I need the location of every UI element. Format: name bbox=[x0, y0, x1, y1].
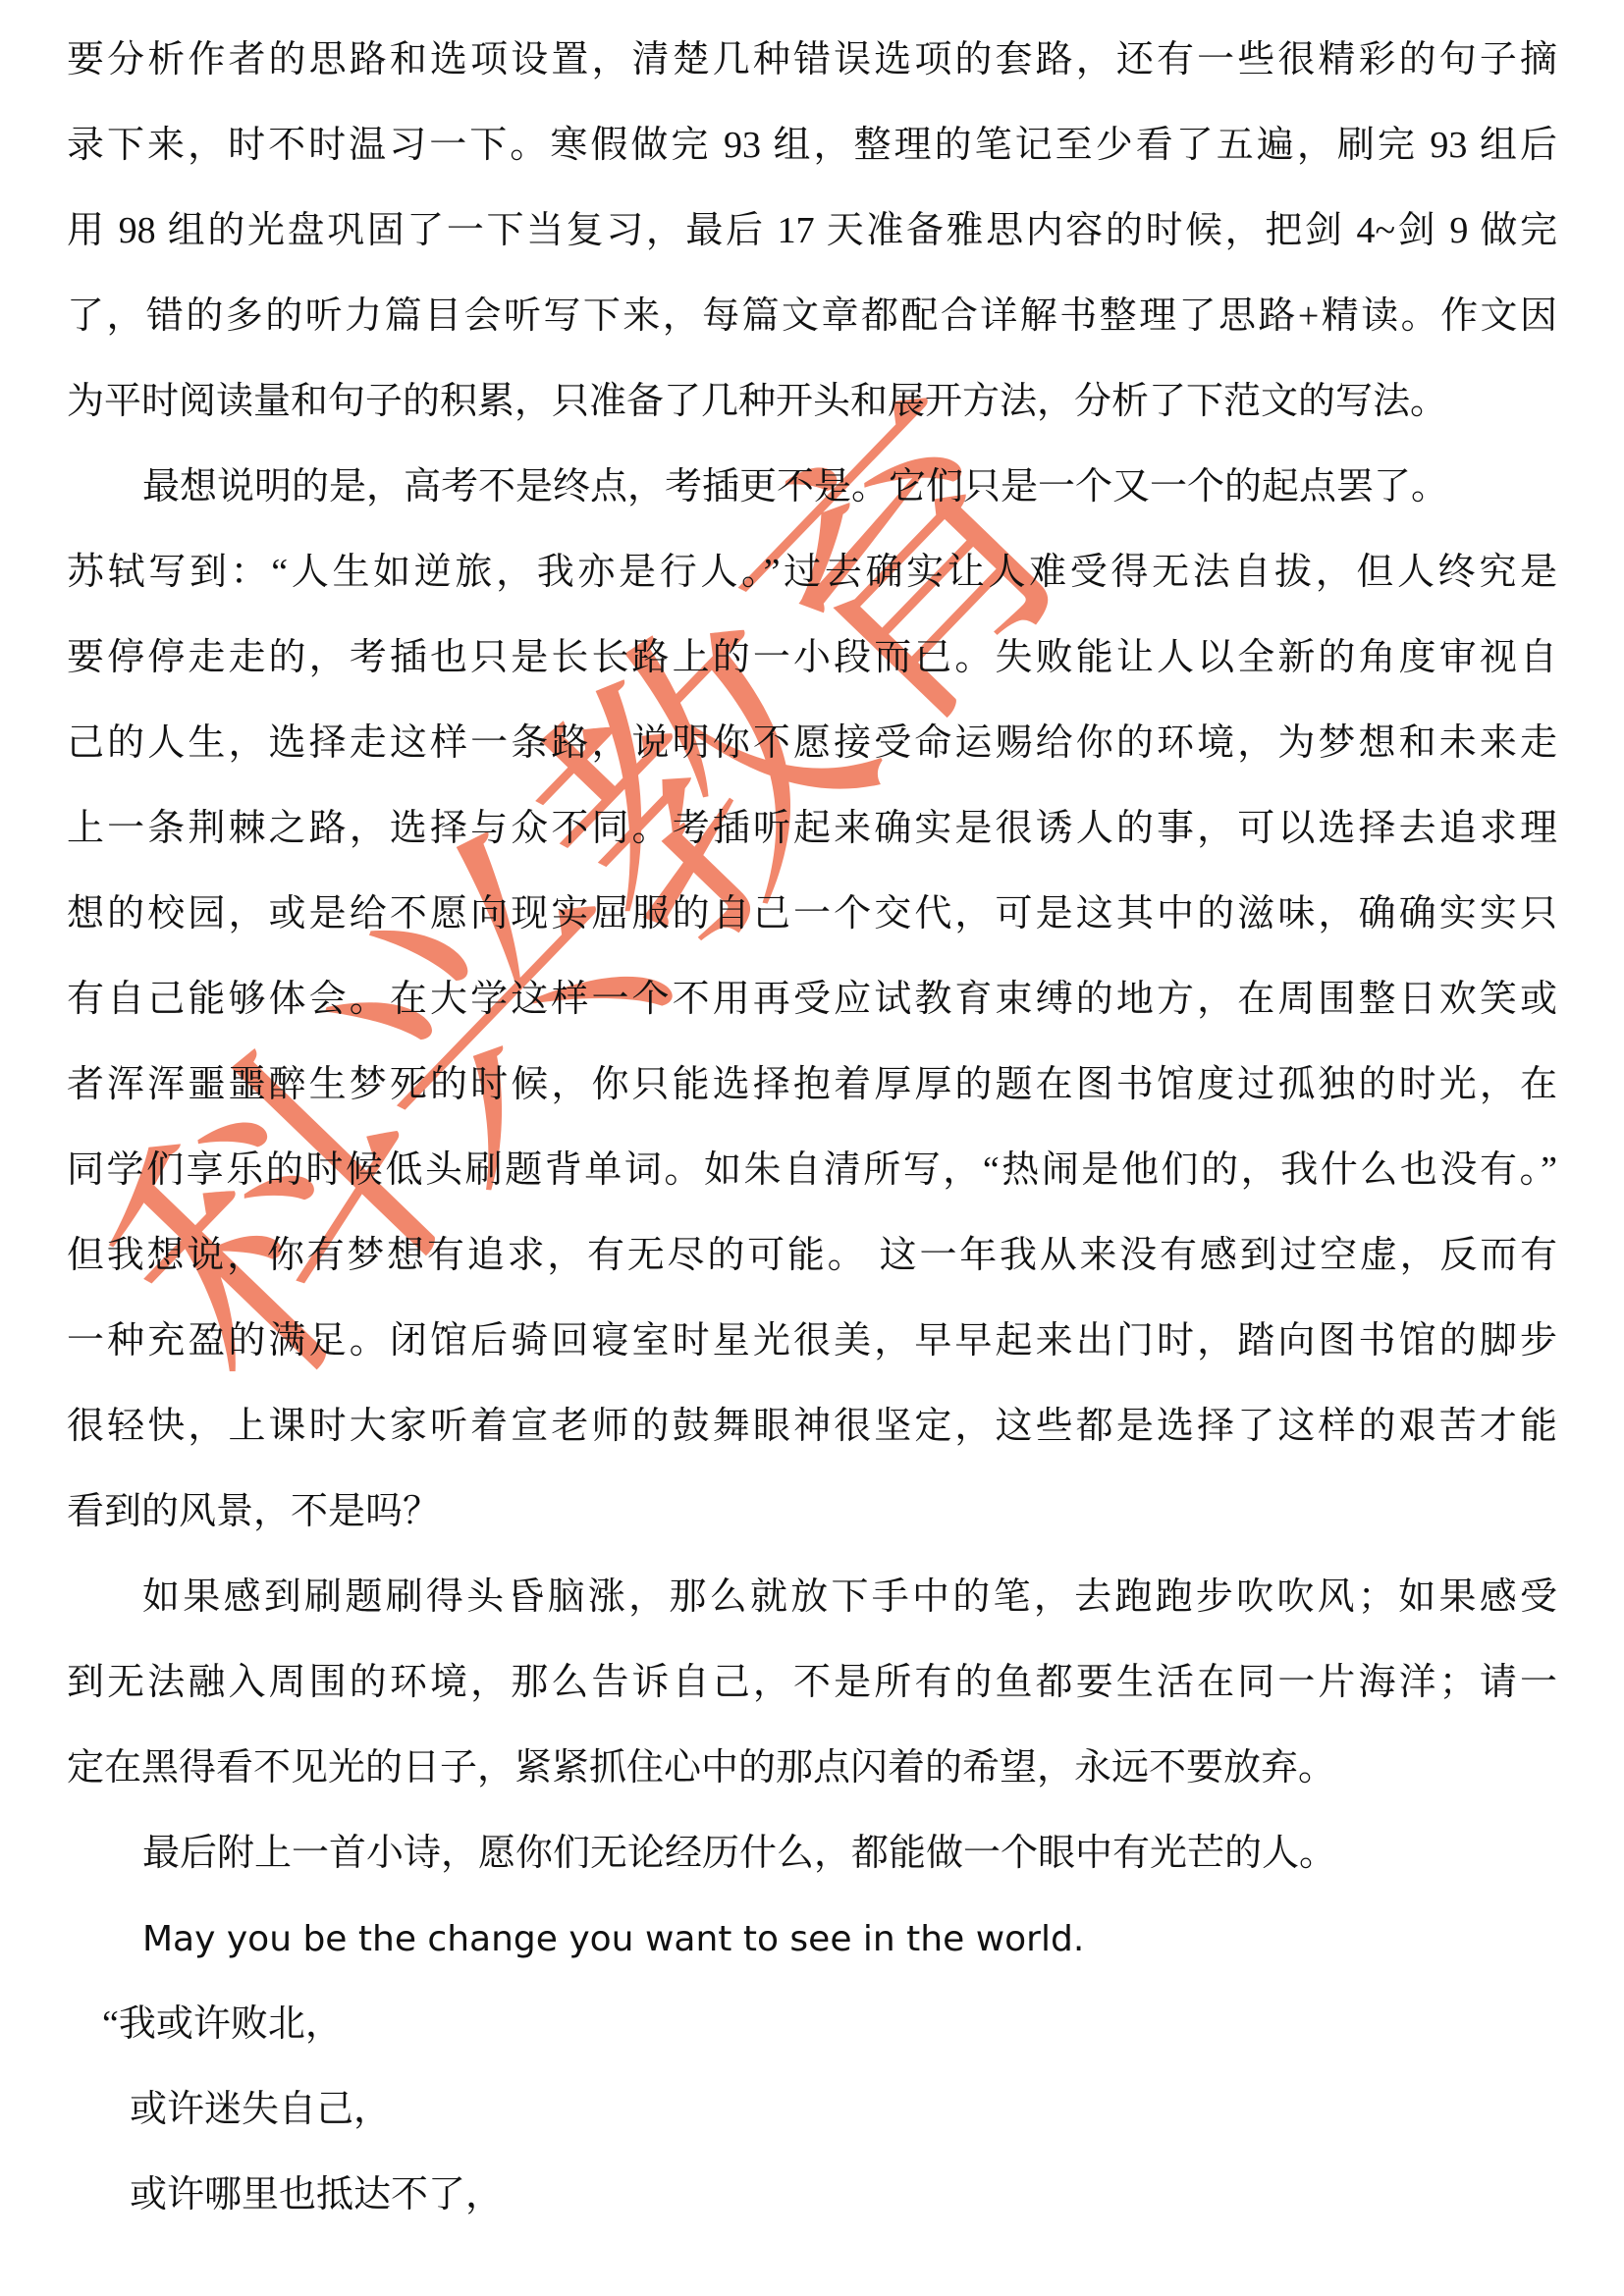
text-line: 有自己能够体会。在大学这样一个不用再受应试教育束缚的地方，在周围整日欢笑或 bbox=[67, 957, 1557, 1042]
text-line: 看到的风景，不是吗？ bbox=[67, 1469, 1557, 1555]
text-line: 但我想说，你有梦想有追求，有无尽的可能。 这一年我从来没有感到过空虚，反而有 bbox=[67, 1213, 1557, 1299]
paragraph: 最想说明的是，高考不是终点，考插更不是。它们只是一个又一个的起点罢了。 苏轼写到… bbox=[67, 445, 1557, 1555]
paragraph: 或许迷失自己， bbox=[67, 2067, 1557, 2153]
text-line: 苏轼写到：“人生如逆旅，我亦是行人。”过去确实让人难受得无法自拔，但人终究是 bbox=[67, 530, 1557, 615]
text-line: 很轻快，上课时大家听着宣老师的鼓舞眼神很坚定，这些都是选择了这样的艰苦才能 bbox=[67, 1384, 1557, 1469]
text-line: 己的人生，选择走这样一条路，说明你不愿接受命运赐给你的环境，为梦想和未来走 bbox=[67, 701, 1557, 786]
document-page: 科兴教育 要分析作者的思路和选项设置，清楚几种错误选项的套路，还有一些很精彩的句… bbox=[0, 0, 1624, 2296]
text-line: 用 98 组的光盘巩固了一下当复习，最后 17 天准备雅思内容的时候，把剑 4~… bbox=[67, 188, 1557, 274]
text-line: 录下来，时不时温习一下。寒假做完 93 组，整理的笔记至少看了五遍，刷完 93 … bbox=[67, 103, 1557, 188]
text-line: “我或许败北， bbox=[67, 1982, 1557, 2067]
text-line: 或许迷失自己， bbox=[67, 2067, 1557, 2153]
text-line: 了，错的多的听力篇目会听写下来，每篇文章都配合详解书整理了思路+精读。作文因 bbox=[67, 274, 1557, 359]
text-line: 如果感到刷题刷得头昏脑涨，那么就放下手中的笔，去跑跑步吹吹风；如果感受 bbox=[67, 1555, 1557, 1640]
text-line: 最想说明的是，高考不是终点，考插更不是。它们只是一个又一个的起点罢了。 bbox=[67, 445, 1557, 530]
text-line: 为平时阅读量和句子的积累，只准备了几种开头和展开方法，分析了下范文的写法。 bbox=[67, 359, 1557, 445]
paragraph: May you be the change you want to see in… bbox=[67, 1896, 1557, 1982]
paragraph: 如果感到刷题刷得头昏脑涨，那么就放下手中的笔，去跑跑步吹吹风；如果感受 到无法融… bbox=[67, 1555, 1557, 1811]
text-line-english: May you be the change you want to see in… bbox=[67, 1896, 1557, 1982]
text-line: 想的校园，或是给不愿向现实屈服的自己一个交代，可是这其中的滋味，确确实实只 bbox=[67, 872, 1557, 957]
document-content: 要分析作者的思路和选项设置，清楚几种错误选项的套路，还有一些很精彩的句子摘 录下… bbox=[67, 18, 1557, 2238]
text-line: 一种充盈的满足。闭馆后骑回寝室时星光很美，早早起来出门时，踏向图书馆的脚步 bbox=[67, 1299, 1557, 1384]
text-line: 最后附上一首小诗，愿你们无论经历什么，都能做一个眼中有光芒的人。 bbox=[67, 1811, 1557, 1896]
text-line: 定在黑得看不见光的日子，紧紧抓住心中的那点闪着的希望，永远不要放弃。 bbox=[67, 1726, 1557, 1811]
paragraph: “我或许败北， bbox=[67, 1982, 1557, 2067]
text-line: 同学们享乐的时候低头刷题背单词。如朱自清所写，“热闹是他们的，我什么也没有。” bbox=[67, 1128, 1557, 1213]
text-line: 要分析作者的思路和选项设置，清楚几种错误选项的套路，还有一些很精彩的句子摘 bbox=[67, 18, 1557, 103]
paragraph: 最后附上一首小诗，愿你们无论经历什么，都能做一个眼中有光芒的人。 bbox=[67, 1811, 1557, 1896]
paragraph: 或许哪里也抵达不了， bbox=[67, 2153, 1557, 2238]
text-line: 者浑浑噩噩醉生梦死的时候，你只能选择抱着厚厚的题在图书馆度过孤独的时光，在 bbox=[67, 1042, 1557, 1128]
text-line: 要停停走走的，考插也只是长长路上的一小段而已。失败能让人以全新的角度审视自 bbox=[67, 615, 1557, 701]
paragraph: 要分析作者的思路和选项设置，清楚几种错误选项的套路，还有一些很精彩的句子摘 录下… bbox=[67, 18, 1557, 445]
text-line: 或许哪里也抵达不了， bbox=[67, 2153, 1557, 2238]
text-line: 上一条荆棘之路，选择与众不同。考插听起来确实是很诱人的事，可以选择去追求理 bbox=[67, 786, 1557, 872]
text-line: 到无法融入周围的环境，那么告诉自己，不是所有的鱼都要生活在同一片海洋；请一 bbox=[67, 1640, 1557, 1726]
